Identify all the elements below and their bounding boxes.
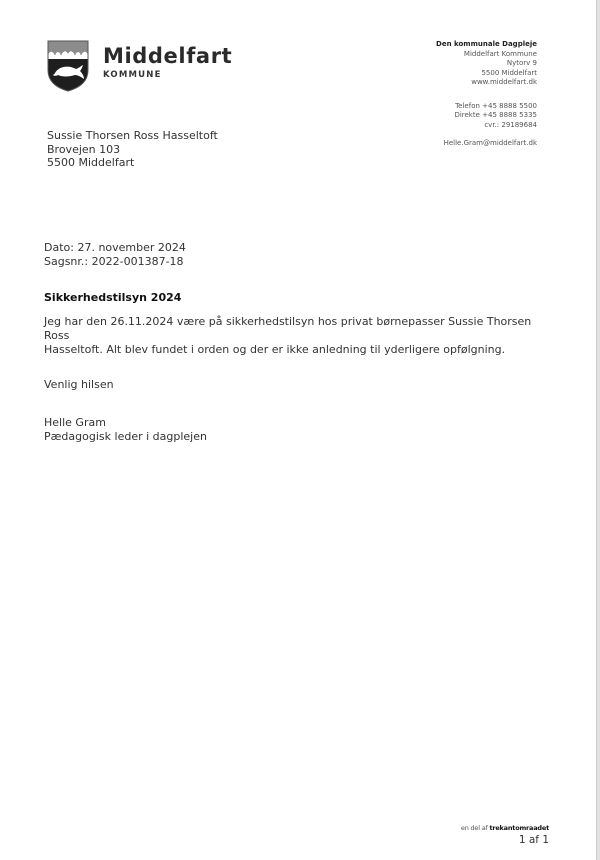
letter-subject: Sikkerhedstilsyn 2024: [44, 291, 181, 304]
signature-block: Helle Gram Pædagogisk leder i dagplejen: [44, 416, 207, 443]
signer-title: Pædagogisk leder i dagplejen: [44, 430, 207, 444]
sender-direct-phone: Direkte +45 8888 5335: [436, 111, 537, 121]
sender-line: Nytorv 9: [436, 59, 537, 69]
recipient-city: 5500 Middelfart: [47, 156, 218, 170]
logo-name: Middelfart: [103, 46, 232, 67]
page-footer: en del af trekantomraadet 1 af 1: [461, 824, 549, 846]
dolphin-shield-icon: [47, 40, 89, 92]
letter-meta: Dato: 27. november 2024 Sagsnr.: 2022-00…: [44, 241, 186, 268]
recipient-address: Sussie Thorsen Ross Hasseltoft Brovejen …: [47, 129, 218, 170]
sender-line: Middelfart Kommune: [436, 50, 537, 60]
tagline-prefix: en del af: [461, 824, 490, 832]
case-number: Sagsnr.: 2022-001387-18: [44, 255, 186, 269]
page-edge-shadow: [596, 0, 600, 860]
recipient-name: Sussie Thorsen Ross Hasseltoft: [47, 129, 218, 143]
municipality-logo: Middelfart KOMMUNE: [47, 40, 232, 92]
letter-date: Dato: 27. november 2024: [44, 241, 186, 255]
sender-organization: Den kommunale Dagpleje: [436, 40, 537, 50]
letter-body: Jeg har den 26.11.2024 være på sikkerhed…: [44, 315, 544, 357]
sender-block: Den kommunale Dagpleje Middelfart Kommun…: [436, 40, 537, 149]
page-number: 1 af 1: [461, 834, 549, 846]
logo-subtitle: KOMMUNE: [103, 71, 232, 80]
sender-email[interactable]: Helle.Gram@middelfart.dk: [436, 139, 537, 149]
letter-page: Middelfart KOMMUNE Den kommunale Dagplej…: [0, 0, 596, 860]
body-line: Hasseltoft. Alt blev fundet i orden og d…: [44, 343, 544, 357]
signer-name: Helle Gram: [44, 416, 207, 430]
sender-line: 5500 Middelfart: [436, 69, 537, 79]
letter-closing: Venlig hilsen: [44, 378, 114, 391]
sender-phone: Telefon +45 8888 5500: [436, 102, 537, 112]
recipient-street: Brovejen 103: [47, 143, 218, 157]
body-line: Jeg har den 26.11.2024 være på sikkerhed…: [44, 315, 544, 343]
footer-tagline: en del af trekantomraadet: [461, 824, 549, 832]
sender-cvr: cvr.: 29189684: [436, 121, 537, 131]
sender-website[interactable]: www.middelfart.dk: [436, 78, 537, 88]
tagline-brand: trekantomraadet: [489, 824, 549, 832]
